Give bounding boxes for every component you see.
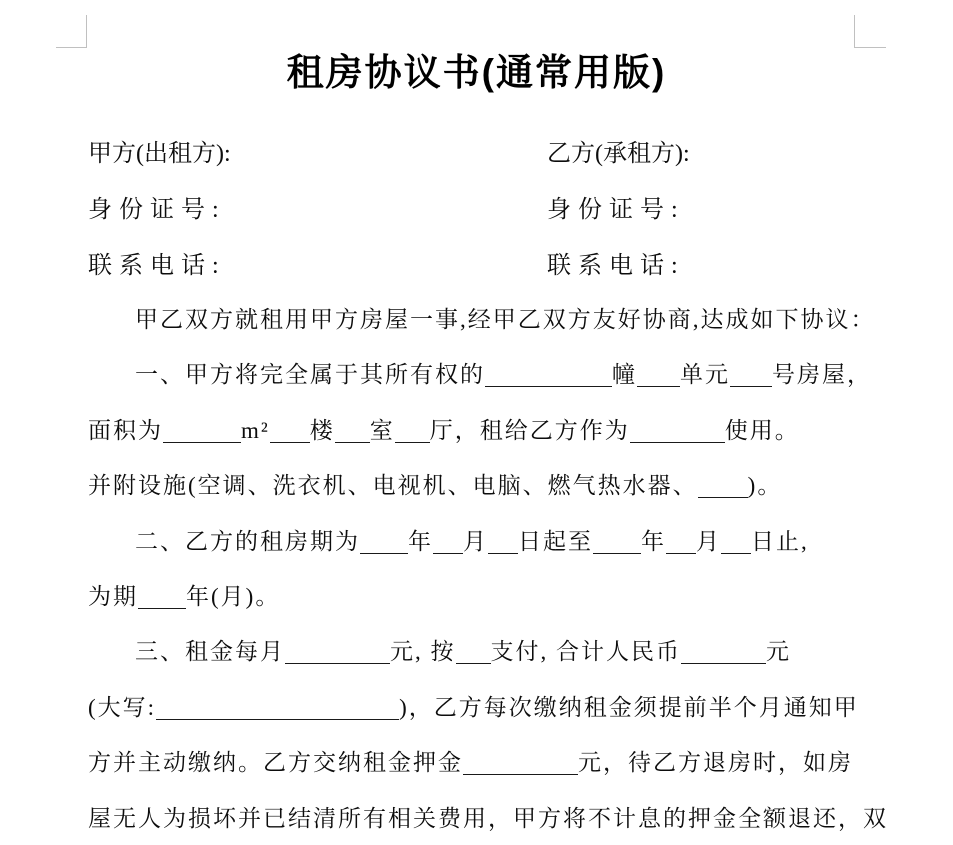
contract-text: m²: [241, 418, 270, 443]
contract-text: 并附设施(空调、洗衣机、电视机、电脑、燃气热水器、: [88, 473, 698, 498]
contract-line: 为期年(月)。: [88, 569, 868, 624]
contract-text: 元，待乙方退房时，如房: [578, 750, 853, 775]
blank-field[interactable]: [681, 644, 766, 664]
blank-field[interactable]: [433, 534, 463, 554]
blank-field[interactable]: [488, 534, 518, 554]
contract-text: 月: [463, 529, 488, 554]
contract-text: 年: [641, 529, 666, 554]
id-number-row: 身份证号: 身份证号:: [88, 193, 888, 227]
blank-field[interactable]: [138, 589, 186, 609]
contract-text: 二、乙方的租房期为: [135, 529, 360, 554]
contract-text: 一、甲方将完全属于其所有权的: [135, 362, 485, 387]
contract-text: 幢: [612, 362, 637, 387]
text-boundary-mark-top-right: [854, 15, 855, 47]
contract-text: 号房屋，: [772, 362, 872, 387]
party-a-id-label: 身份证号:: [88, 193, 226, 227]
blank-field[interactable]: [666, 534, 696, 554]
contract-text: (大写:: [88, 695, 156, 720]
contract-text: 年(月)。: [186, 584, 280, 609]
contract-line: 面积为m²楼室厅，租给乙方作为使用。: [88, 403, 868, 458]
contract-body: 甲乙双方就租用甲方房屋一事,经甲乙双方友好协商,达成如下协议：一、甲方将完全属于…: [88, 292, 868, 845]
blank-field[interactable]: [463, 755, 578, 775]
contract-line: 一、甲方将完全属于其所有权的幢单元号房屋，: [88, 347, 868, 402]
contract-text: 日止,: [751, 529, 809, 554]
contract-text: )。: [748, 473, 783, 498]
contract-text: 元: [766, 639, 791, 664]
blank-field[interactable]: [485, 367, 612, 387]
contract-text: 日起至: [518, 529, 593, 554]
party-name-row: 甲方(出租方): 乙方(承租方):: [88, 137, 888, 171]
blank-field[interactable]: [721, 534, 751, 554]
contract-line: 二、乙方的租房期为年月日起至年月日止,: [88, 514, 868, 569]
contract-text: 单元: [680, 362, 730, 387]
contract-text: 方并主动缴纳。乙方交纳租金押金: [88, 750, 463, 775]
contract-text: 屋无人为损坏并已结清所有相关费用，甲方将不计息的押金全额退还，双: [88, 806, 888, 831]
party-a-label: 甲方(出租方):: [88, 137, 231, 171]
contract-text: 支付, 合计人民币: [491, 639, 682, 664]
blank-field[interactable]: [698, 478, 748, 498]
contract-text: 年: [408, 529, 433, 554]
blank-field[interactable]: [456, 644, 491, 664]
contract-text: 元, 按: [390, 639, 456, 664]
blank-field[interactable]: [156, 700, 399, 720]
blank-field[interactable]: [163, 423, 241, 443]
party-b-phone-label: 联系电话:: [547, 249, 685, 283]
contract-text: 甲乙双方就租用甲方房屋一事,经甲乙双方友好协商,达成如下协议：: [135, 307, 876, 332]
blank-field[interactable]: [360, 534, 408, 554]
contract-text: 楼: [310, 418, 335, 443]
party-a-phone-label: 联系电话:: [88, 249, 226, 283]
document-page: 租房协议书(通常用版) 甲方(出租方): 乙方(承租方): 身份证号: 身份证号…: [0, 0, 953, 845]
blank-field[interactable]: [395, 423, 430, 443]
contract-line: 并附设施(空调、洗衣机、电视机、电脑、燃气热水器、)。: [88, 458, 868, 513]
contract-text: 面积为: [88, 418, 163, 443]
contract-text: 月: [696, 529, 721, 554]
contract-text: 为期: [88, 584, 138, 609]
blank-field[interactable]: [630, 423, 725, 443]
party-b-id-label: 身份证号:: [547, 193, 685, 227]
blank-field[interactable]: [593, 534, 641, 554]
party-b-label: 乙方(承租方):: [547, 137, 690, 171]
contract-line: (大写:)，乙方每次缴纳租金须提前半个月通知甲: [88, 680, 868, 735]
contract-line: 甲乙双方就租用甲方房屋一事,经甲乙双方友好协商,达成如下协议：: [88, 292, 868, 347]
contract-text: 使用。: [725, 418, 800, 443]
contract-line: 三、租金每月元, 按支付, 合计人民币元: [88, 624, 868, 679]
contract-text: )，乙方每次缴纳租金须提前半个月通知甲: [399, 695, 859, 720]
contract-line: 屋无人为损坏并已结清所有相关费用，甲方将不计息的押金全额退还，双: [88, 791, 868, 845]
contract-line: 方并主动缴纳。乙方交纳租金押金元，待乙方退房时，如房: [88, 735, 868, 790]
blank-field[interactable]: [637, 367, 680, 387]
contract-text: 室: [370, 418, 395, 443]
text-boundary-mark-top-left: [86, 15, 87, 47]
blank-field[interactable]: [335, 423, 370, 443]
contract-text: 厅，租给乙方作为: [430, 418, 630, 443]
blank-field[interactable]: [270, 423, 310, 443]
contract-text: 三、租金每月: [135, 639, 285, 664]
blank-field[interactable]: [730, 367, 772, 387]
document-title: 租房协议书(通常用版): [0, 46, 953, 100]
blank-field[interactable]: [285, 644, 390, 664]
phone-row: 联系电话: 联系电话:: [88, 249, 888, 283]
